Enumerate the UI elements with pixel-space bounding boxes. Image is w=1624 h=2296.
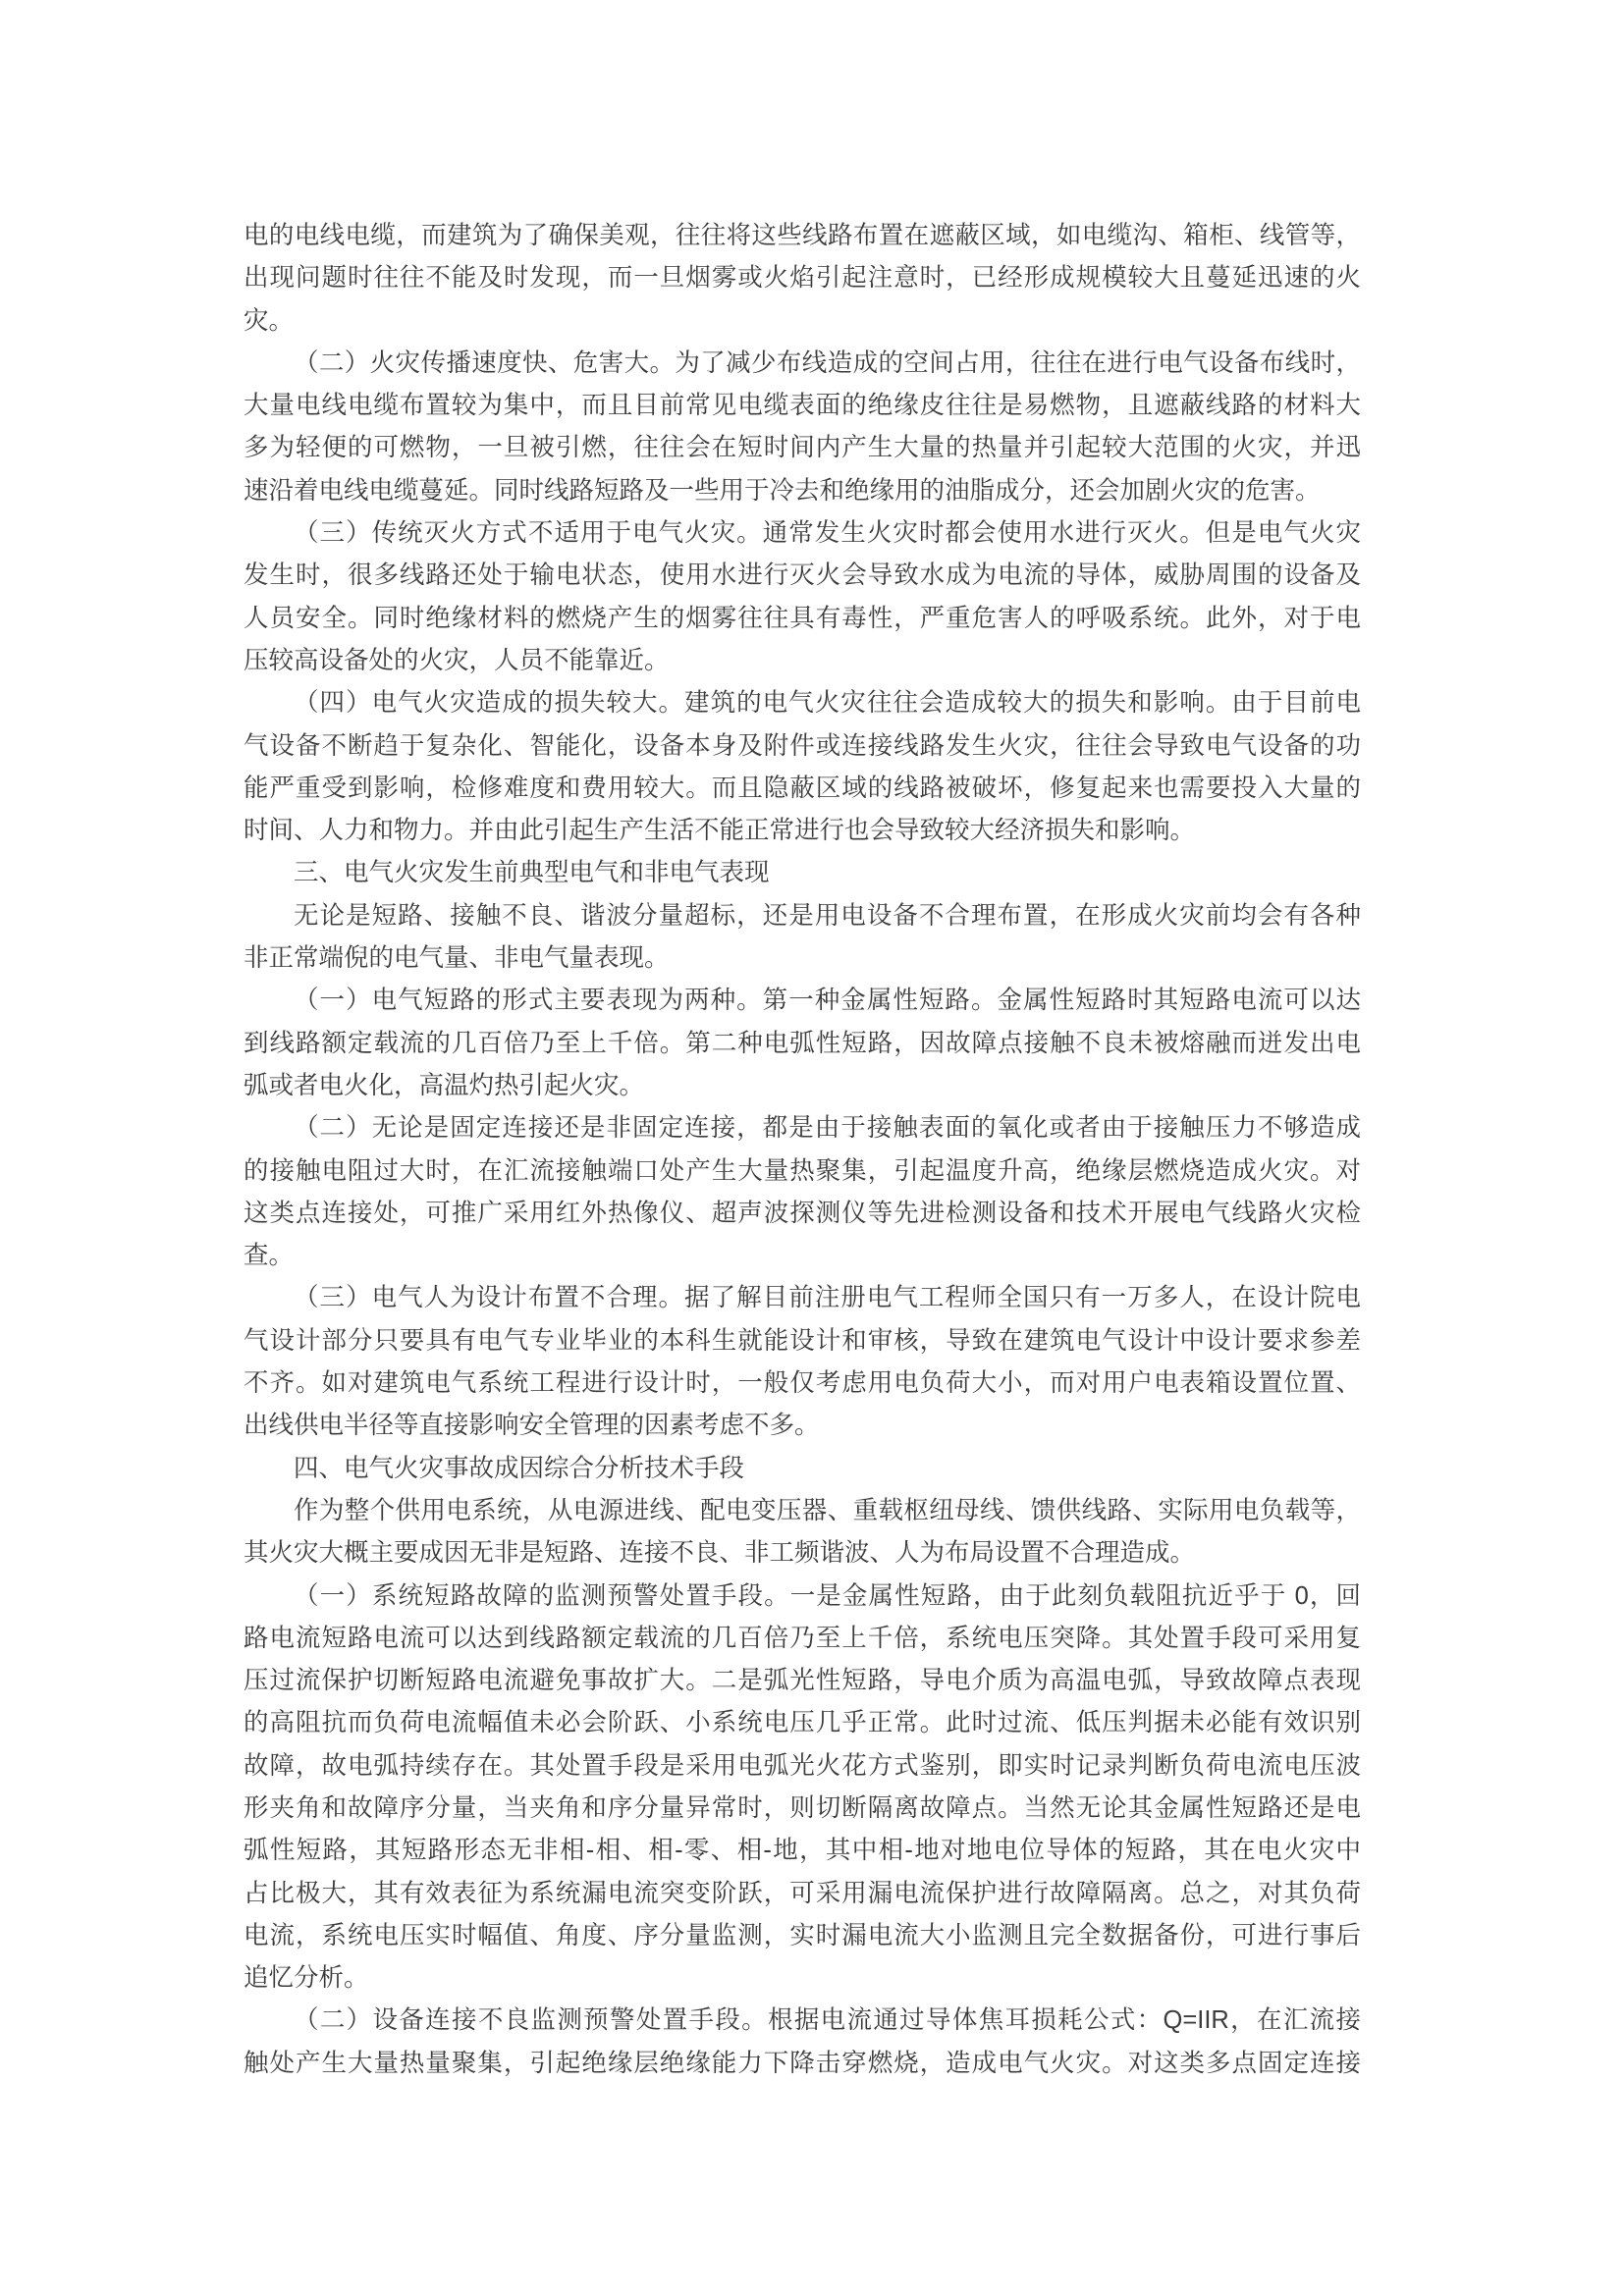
text-line: （一）电气短路的形式主要表现为两种。第一种金属性短路。金属性短路时其短路电流可以…: [244, 980, 1361, 1022]
text-line: （三）电气人为设计布置不合理。据了解目前注册电气工程师全国只有一万多人，在设计院…: [244, 1277, 1361, 1319]
text-line: 压较高设备处的火灾，人员不能靠近。: [244, 640, 1361, 682]
text-line: 查。: [244, 1235, 1361, 1277]
paragraph: （一）系统短路故障的监测预警处置手段。一是金属性短路，由于此刻负载阻抗近乎于 0…: [244, 1575, 1361, 2001]
text-line: 灾。: [244, 300, 1361, 343]
text-line: 气设备不断趋于复杂化、智能化，设备本身及附件或连接线路发生火灾，往往会导致电气设…: [244, 725, 1361, 768]
text-line: 无论是短路、接触不良、谐波分量超标，还是用电设备不合理布置，在形成火灾前均会有各…: [244, 895, 1361, 937]
text-line: 非正常端倪的电气量、非电气量表现。: [244, 937, 1361, 980]
text-line: 多为轻便的可燃物，一旦被引燃，往往会在短时间内产生大量的热量并引起较大范围的火灾…: [244, 427, 1361, 469]
text-line: 路电流短路电流可以达到线路额定载流的几百倍乃至上千倍，系统电压突降。其处置手段可…: [244, 1618, 1361, 1660]
text-line: （三）传统灭火方式不适用于电气火灾。通常发生火灾时都会使用水进行灭火。但是电气火…: [244, 512, 1361, 555]
text-line: 到线路额定载流的几百倍乃至上千倍。第二种电弧性短路，因故障点接触不良未被熔融而迸…: [244, 1023, 1361, 1065]
paragraph: （二）火灾传播速度快、危害大。为了减少布线造成的空间占用，往往在进行电气设备布线…: [244, 343, 1361, 512]
paragraph: （一）电气短路的形式主要表现为两种。第一种金属性短路。金属性短路时其短路电流可以…: [244, 980, 1361, 1107]
section-heading: 四、电气火灾事故成因综合分析技术手段: [244, 1448, 1361, 1490]
text-line: 大量电线电缆布置较为集中，而且目前常见电缆表面的绝缘皮往往是易燃物，且遮蔽线路的…: [244, 385, 1361, 427]
text-line: 气设计部分只要具有电气专业毕业的本科生就能设计和审核，导致在建筑电气设计中设计要…: [244, 1320, 1361, 1362]
text-line: 时间、人力和物力。并由此引起生产生活不能正常进行也会导致较大经济损失和影响。: [244, 810, 1361, 852]
text-line: 作为整个供用电系统，从电源进线、配电变压器、重载枢纽母线、馈供线路、实际用电负载…: [244, 1490, 1361, 1532]
section-heading: 三、电气火灾发生前典型电气和非电气表现: [244, 852, 1361, 894]
text-line: 的高阻抗而负荷电流幅值未必会阶跃、小系统电压几乎正常。此时过流、低压判据未必能有…: [244, 1702, 1361, 1744]
text-line: （二）设备连接不良监测预警处置手段。根据电流通过导体焦耳损耗公式：Q=IIR，在…: [244, 2000, 1361, 2042]
text-line: 占比极大，其有效表征为系统漏电流突变阶跃，可采用漏电流保护进行故障隔离。总之，对…: [244, 1873, 1361, 1915]
text-line: 其火灾大概主要成因无非是短路、连接不良、非工频谐波、人为布局设置不合理造成。: [244, 1532, 1361, 1575]
text-line: 形夹角和故障序分量，当夹角和序分量异常时，则切断隔离故障点。当然无论其金属性短路…: [244, 1788, 1361, 1830]
text-line: 追忆分析。: [244, 1957, 1361, 2000]
text-line: （四）电气火灾造成的损失较大。建筑的电气火灾往往会造成较大的损失和影响。由于目前…: [244, 682, 1361, 724]
paragraph: （四）电气火灾造成的损失较大。建筑的电气火灾往往会造成较大的损失和影响。由于目前…: [244, 682, 1361, 852]
text-line: 三、电气火灾发生前典型电气和非电气表现: [244, 852, 1361, 894]
text-line: 发生时，很多线路还处于输电状态，使用水进行灭火会导致水成为电流的导体，威胁周围的…: [244, 555, 1361, 597]
text-line: 速沿着电线电缆蔓延。同时线路短路及一些用于冷去和绝缘用的油脂成分，还会加剧火灾的…: [244, 470, 1361, 512]
text-line: 电流，系统电压实时幅值、角度、序分量监测，实时漏电流大小监测且完全数据备份，可进…: [244, 1915, 1361, 1957]
text-line: （二）火灾传播速度快、危害大。为了减少布线造成的空间占用，往往在进行电气设备布线…: [244, 343, 1361, 385]
text-line: 电的电线电缆，而建筑为了确保美观，往往将这些线路布置在遮蔽区域，如电缆沟、箱柜、…: [244, 215, 1361, 257]
paragraph: 电的电线电缆，而建筑为了确保美观，往往将这些线路布置在遮蔽区域，如电缆沟、箱柜、…: [244, 215, 1361, 343]
document-body: 电的电线电缆，而建筑为了确保美观，往往将这些线路布置在遮蔽区域，如电缆沟、箱柜、…: [244, 215, 1361, 2085]
paragraph: （二）设备连接不良监测预警处置手段。根据电流通过导体焦耳损耗公式：Q=IIR，在…: [244, 2000, 1361, 2085]
text-line: 出线供电半径等直接影响安全管理的因素考虑不多。: [244, 1405, 1361, 1447]
text-line: （一）系统短路故障的监测预警处置手段。一是金属性短路，由于此刻负载阻抗近乎于 0…: [244, 1575, 1361, 1618]
text-line: 四、电气火灾事故成因综合分析技术手段: [244, 1448, 1361, 1490]
document-page: 电的电线电缆，而建筑为了确保美观，往往将这些线路布置在遮蔽区域，如电缆沟、箱柜、…: [0, 0, 1624, 2296]
text-line: 不齐。如对建筑电气系统工程进行设计时，一般仅考虑用电负荷大小，而对用户电表箱设置…: [244, 1362, 1361, 1405]
text-line: 能严重受到影响，检修难度和费用较大。而且隐蔽区域的线路被破坏，修复起来也需要投入…: [244, 768, 1361, 810]
text-line: 弧或者电火化，高温灼热引起火灾。: [244, 1065, 1361, 1107]
text-line: 出现问题时往往不能及时发现，而一旦烟雾或火焰引起注意时，已经形成规模较大且蔓延迅…: [244, 257, 1361, 299]
text-line: 的接触电阻过大时，在汇流接触端口处产生大量热聚集，引起温度升高，绝缘层燃烧造成火…: [244, 1150, 1361, 1193]
text-line: （二）无论是固定连接还是非固定连接，都是由于接触表面的氧化或者由于接触压力不够造…: [244, 1107, 1361, 1149]
paragraph: （三）传统灭火方式不适用于电气火灾。通常发生火灾时都会使用水进行灭火。但是电气火…: [244, 512, 1361, 682]
text-line: 弧性短路，其短路形态无非相-相、相-零、相-地，其中相-地对地电位导体的短路，其…: [244, 1830, 1361, 1872]
text-line: 人员安全。同时绝缘材料的燃烧产生的烟雾往往具有毒性，严重危害人的呼吸系统。此外，…: [244, 598, 1361, 640]
paragraph: 作为整个供用电系统，从电源进线、配电变压器、重载枢纽母线、馈供线路、实际用电负载…: [244, 1490, 1361, 1575]
paragraph: （三）电气人为设计布置不合理。据了解目前注册电气工程师全国只有一万多人，在设计院…: [244, 1277, 1361, 1447]
paragraph: 无论是短路、接触不良、谐波分量超标，还是用电设备不合理布置，在形成火灾前均会有各…: [244, 895, 1361, 981]
text-line: 压过流保护切断短路电流避免事故扩大。二是弧光性短路，导电介质为高温电弧，导致故障…: [244, 1660, 1361, 1702]
paragraph: （二）无论是固定连接还是非固定连接，都是由于接触表面的氧化或者由于接触压力不够造…: [244, 1107, 1361, 1277]
text-line: 故障，故电弧持续存在。其处置手段是采用电弧光火花方式鉴别，即实时记录判断负荷电流…: [244, 1745, 1361, 1788]
text-line: 触处产生大量热量聚集，引起绝缘层绝缘能力下降击穿燃烧，造成电气火灾。对这类多点固…: [244, 2043, 1361, 2085]
text-line: 这类点连接处，可推广采用红外热像仪、超声波探测仪等先进检测设备和技术开展电气线路…: [244, 1193, 1361, 1235]
